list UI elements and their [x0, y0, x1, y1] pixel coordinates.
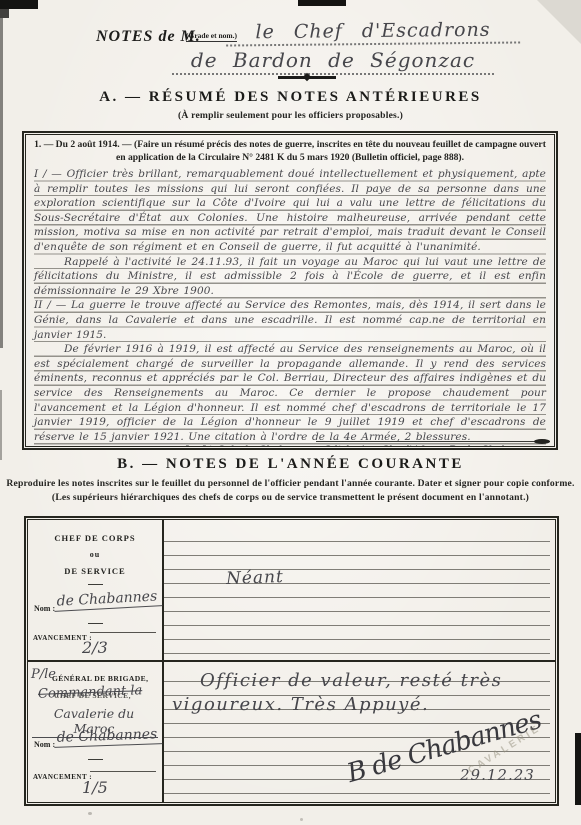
scan-artifact-left-strip	[0, 18, 3, 348]
section-b-title: B. — NOTES DE L'ANNÉE COURANTE	[0, 456, 581, 473]
scan-artifact-corner-fold	[537, 0, 581, 44]
nom-value: de Chabannes	[54, 726, 163, 748]
avancement-line	[90, 632, 156, 633]
small-rule	[88, 584, 103, 585]
notes-table: CHEF DE CORPS ou DE SERVICE Nom : de Cha…	[24, 516, 559, 806]
summary-paragraph-4: De février 1916 à 1919, il est affecté a…	[34, 342, 546, 444]
note-line-1: Officier de valeur, resté très	[200, 670, 502, 691]
notes-table-inner: CHEF DE CORPS ou DE SERVICE Nom : de Cha…	[27, 519, 556, 803]
chef-de-corps-cell: CHEF DE CORPS ou DE SERVICE Nom : de Cha…	[28, 520, 162, 660]
general-brigade-cell: P/le GÉNÉRAL DE BRIGADE, CHEF DE SERVICE…	[28, 662, 162, 803]
avancement-line	[90, 771, 156, 772]
neant-note: Néant	[226, 567, 285, 589]
officer-name-line1: le Chef d'Escadrons	[226, 18, 520, 46]
summary-box-inner: 1. — Du 2 août 1914. — (Faire un résumé …	[25, 134, 555, 447]
summary-paragraph-3: II / — La guerre le trouve affecté au Se…	[34, 298, 546, 342]
scan-artifact-top-left	[0, 0, 38, 9]
nom-label: Nom :	[34, 740, 55, 749]
role-title-line1: CHEF DE CORPS	[28, 533, 162, 543]
printed-instruction: 1. — Du 2 août 1914. — (Faire un résumé …	[32, 139, 548, 164]
reviewer-signature-line: Le Lt Col. de Chabannes, Cdt le 1er Ch. …	[34, 444, 546, 447]
section-a-subtitle: (À remplir seulement pour les officiers …	[0, 110, 581, 121]
notes-cell-row1: Néant	[164, 528, 550, 658]
scan-speck	[300, 818, 303, 821]
avancement-value: 2/3	[82, 638, 108, 657]
nom-value: de Chabannes	[54, 588, 163, 612]
small-rule	[88, 759, 103, 760]
scan-speck	[88, 812, 92, 815]
section-b-instruction-1: Reproduire les notes inscrites sur le fe…	[0, 478, 581, 489]
avancement-value: 1/5	[82, 778, 108, 797]
signature-flourish-line	[316, 441, 550, 442]
officer-name-line2: de Bardon de Ségonzac	[172, 48, 494, 75]
small-rule	[88, 623, 103, 624]
signature-flourish-blob	[534, 439, 550, 444]
scan-artifact-top-left-tail	[0, 9, 9, 18]
role-title-line1: GÉNÉRAL DE BRIGADE,	[52, 674, 148, 683]
handwritten-summary: I / — Officier très brillant, remarquabl…	[34, 167, 546, 447]
section-b-instruction-2: (Les supérieurs hiérarchiques des chefs …	[0, 492, 581, 503]
summary-box: 1. — Du 2 août 1914. — (Faire un résumé …	[22, 131, 558, 450]
summary-paragraph-2: Rappelé à l'activité le 24.11.93, il fai…	[34, 255, 546, 299]
role-title-line3: DE SERVICE	[28, 566, 162, 576]
notes-cell-row2: Officier de valeur, resté très vigoureux…	[164, 668, 550, 800]
scan-artifact-left-strip-2	[0, 390, 2, 460]
scan-artifact-right-strip	[575, 733, 581, 805]
scanned-document-page: { "header": { "printed_label": "NOTES de…	[0, 0, 581, 825]
scan-artifact-top-center	[298, 0, 346, 6]
ornament-divider	[278, 76, 336, 79]
nom-label: Nom :	[34, 604, 55, 613]
summary-paragraph-1: I / — Officier très brillant, remarquabl…	[34, 167, 546, 255]
role-title-line2: ou	[28, 550, 162, 559]
section-a-title: A. — RÉSUMÉ DES NOTES ANTÉRIEURES	[0, 89, 581, 106]
note-line-2: vigoureux. Très Appuyé.	[172, 694, 429, 715]
